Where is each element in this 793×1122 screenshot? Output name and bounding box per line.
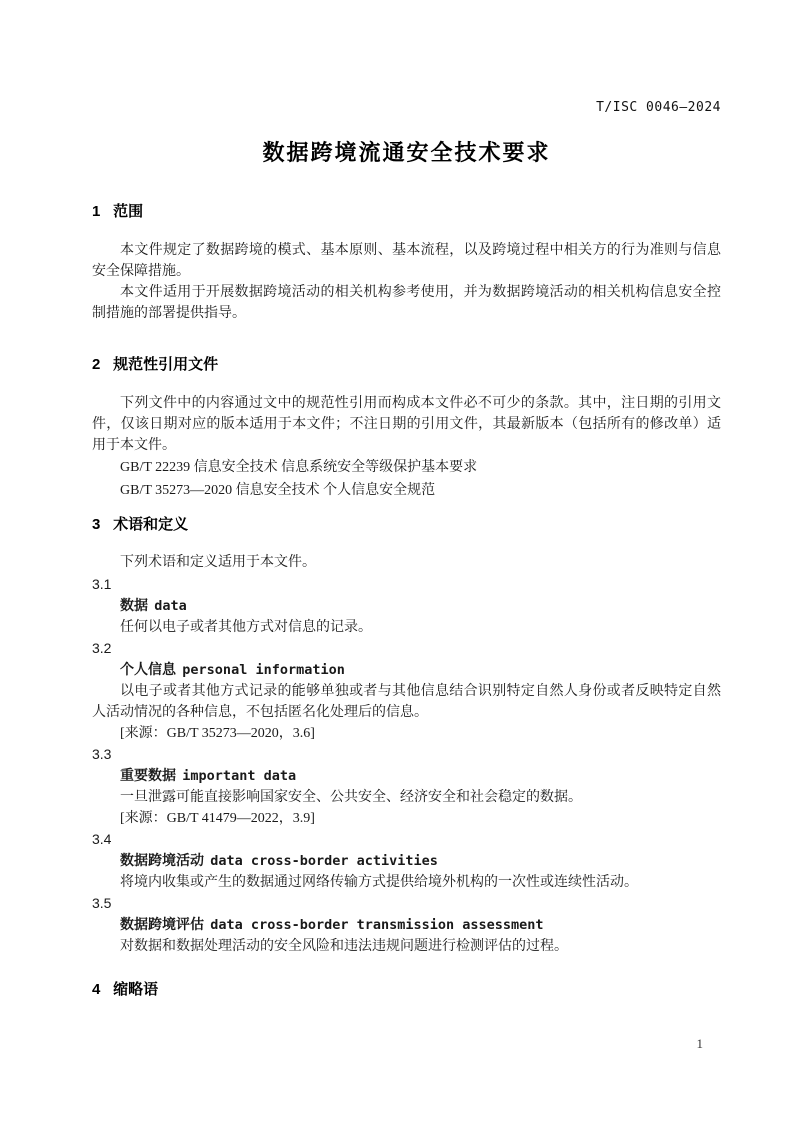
- term-definition: 一旦泄露可能直接影响国家安全、公共安全、经济安全和社会稳定的数据。: [92, 787, 721, 808]
- term-entry: 3.1 数据data 任何以电子或者其他方式对信息的记录。: [92, 574, 721, 638]
- term-zh: 数据跨境活动: [120, 852, 204, 868]
- section-terms-heading: 3术语和定义: [92, 516, 721, 534]
- term-en: personal information: [182, 662, 345, 678]
- section-terms-and-definitions: 3术语和定义 下列术语和定义适用于本文件。 3.1 数据data 任何以电子或者…: [92, 516, 721, 957]
- term-number: 3.2: [92, 638, 721, 659]
- section-number: 4: [92, 981, 100, 998]
- reference-item: GB/T 22239 信息安全技术 信息系统安全等级保护基本要求: [92, 456, 721, 479]
- term-title: 数据跨境评估data cross-border transmission ass…: [92, 914, 721, 936]
- document-title: 数据跨境流通安全技术要求: [92, 139, 721, 167]
- term-entry: 3.5 数据跨境评估data cross-border transmission…: [92, 893, 721, 957]
- term-definition: 对数据和数据处理活动的安全风险和违法违规问题进行检测评估的过程。: [92, 936, 721, 957]
- section-number: 1: [92, 203, 100, 220]
- section-normative-references: 2规范性引用文件 下列文件中的内容通过文中的规范性引用而构成本文件必不可少的条款…: [92, 356, 721, 502]
- section-scope: 1范围 本文件规定了数据跨境的模式、基本原则、基本流程，以及跨境过程中相关方的行…: [92, 203, 721, 324]
- term-title: 重要数据important data: [92, 765, 721, 787]
- term-entry: 3.4 数据跨境活动data cross-border activities 将…: [92, 829, 721, 893]
- document-page: T/ISC 0046—2024 数据跨境流通安全技术要求 1范围 本文件规定了数…: [0, 0, 793, 1122]
- refs-paragraph: 下列文件中的内容通过文中的规范性引用而构成本文件必不可少的条款。其中，注日期的引…: [92, 393, 721, 456]
- term-zh: 数据跨境评估: [120, 916, 204, 932]
- scope-paragraph-2: 本文件适用于开展数据跨境活动的相关机构参考使用，并为数据跨境活动的相关机构信息安…: [92, 282, 721, 324]
- term-zh: 数据: [120, 597, 148, 613]
- term-number: 3.3: [92, 744, 721, 765]
- term-en: important data: [182, 768, 296, 784]
- section-refs-heading: 2规范性引用文件: [92, 356, 721, 374]
- term-number: 3.1: [92, 574, 721, 595]
- term-source: [来源：GB/T 41479—2022，3.9]: [92, 808, 721, 829]
- scope-paragraph-1: 本文件规定了数据跨境的模式、基本原则、基本流程，以及跨境过程中相关方的行为准则与…: [92, 240, 721, 282]
- section-abbreviations: 4缩略语: [92, 981, 721, 999]
- term-source: [来源：GB/T 35273—2020，3.6]: [92, 723, 721, 744]
- term-en: data: [154, 598, 187, 614]
- term-title: 数据data: [92, 595, 721, 617]
- page-number: 1: [697, 1036, 704, 1052]
- term-number: 3.5: [92, 893, 721, 914]
- section-abbrev-heading: 4缩略语: [92, 981, 721, 999]
- term-en: data cross-border activities: [210, 853, 438, 869]
- term-en: data cross-border transmission assessmen…: [210, 917, 543, 933]
- term-title: 个人信息personal information: [92, 659, 721, 681]
- section-title: 缩略语: [113, 981, 158, 998]
- section-scope-heading: 1范围: [92, 203, 721, 221]
- term-definition: 以电子或者其他方式记录的能够单独或者与其他信息结合识别特定自然人身份或者反映特定…: [92, 681, 721, 723]
- reference-item: GB/T 35273—2020 信息安全技术 个人信息安全规范: [92, 479, 721, 502]
- section-number: 3: [92, 516, 100, 533]
- term-entry: 3.3 重要数据important data 一旦泄露可能直接影响国家安全、公共…: [92, 744, 721, 829]
- term-zh: 个人信息: [120, 661, 176, 677]
- section-title: 术语和定义: [113, 516, 188, 533]
- section-title: 规范性引用文件: [113, 356, 218, 373]
- term-zh: 重要数据: [120, 767, 176, 783]
- term-definition: 任何以电子或者其他方式对信息的记录。: [92, 617, 721, 638]
- term-entry: 3.2 个人信息personal information 以电子或者其他方式记录…: [92, 638, 721, 744]
- section-number: 2: [92, 356, 100, 373]
- doc-number: T/ISC 0046—2024: [92, 100, 721, 115]
- term-definition: 将境内收集或产生的数据通过网络传输方式提供给境外机构的一次性或连续性活动。: [92, 872, 721, 893]
- section-title: 范围: [113, 203, 143, 220]
- term-title: 数据跨境活动data cross-border activities: [92, 850, 721, 872]
- terms-intro: 下列术语和定义适用于本文件。: [92, 552, 721, 574]
- term-number: 3.4: [92, 829, 721, 850]
